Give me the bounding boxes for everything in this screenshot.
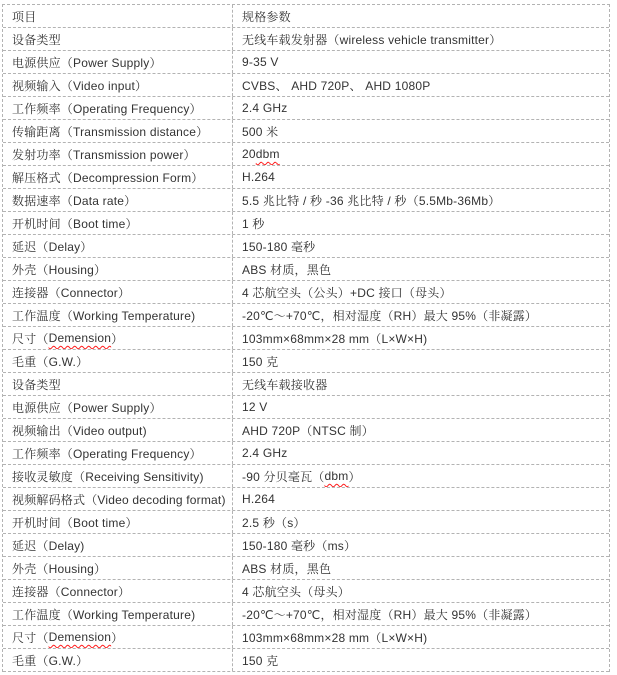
cell-text: ） xyxy=(348,468,360,485)
header-cell-item: 项目 xyxy=(3,5,233,27)
cell-text: ABS 材质，黑色 xyxy=(242,261,331,278)
cell-text: 9-35 V xyxy=(242,55,279,69)
table-row: 设备类型无线车载接收器 xyxy=(3,373,609,396)
cell-text: 工作温度（Working Temperature) xyxy=(12,307,195,324)
item-cell: 外壳（Housing） xyxy=(3,557,233,579)
cell-text: 视频输入（Video input） xyxy=(12,77,147,94)
cell-text: 传输距离（Transmission distance） xyxy=(12,123,208,140)
cell-text: 数据速率（Data rate） xyxy=(12,192,136,209)
cell-text: 开机时间（Boot time） xyxy=(12,514,138,531)
cell-text: 视频解码格式（Video decoding format) xyxy=(12,491,226,508)
cell-text: -20℃～+70℃，相对湿度（RH）最大 95%（非凝露） xyxy=(242,606,537,623)
value-cell: 4 芯航空头（公头）+DC 接口（母头） xyxy=(233,281,609,303)
value-cell: 无线车载接收器 xyxy=(233,373,609,395)
value-cell: CVBS、 AHD 720P、 AHD 1080P xyxy=(233,74,609,96)
cell-text: ） xyxy=(111,629,123,646)
misspelled-text: dbm xyxy=(256,147,280,161)
cell-text: 150-180 毫秒 xyxy=(242,238,315,255)
cell-text: 设备类型 xyxy=(12,376,61,393)
value-cell: 2.4 GHz xyxy=(233,97,609,119)
value-cell: AHD 720P（NTSC 制） xyxy=(233,419,609,441)
cell-text: ） xyxy=(111,330,123,347)
value-cell: 无线车载发射器（wireless vehicle transmitter） xyxy=(233,28,609,50)
value-cell: 20 dbm xyxy=(233,143,609,165)
value-cell: 150 克 xyxy=(233,350,609,372)
table-row: 尺寸（Demension）103mm×68mm×28 mm（L×W×H) xyxy=(3,626,609,649)
cell-text: 150 克 xyxy=(242,652,278,669)
cell-text: AHD 720P（NTSC 制） xyxy=(242,422,374,439)
item-cell: 设备类型 xyxy=(3,28,233,50)
cell-text: 103mm×68mm×28 mm（L×W×H) xyxy=(242,330,427,347)
cell-text: 无线车载接收器 xyxy=(242,376,327,393)
cell-text: 2.4 GHz xyxy=(242,101,287,115)
cell-text: CVBS、 AHD 720P、 AHD 1080P xyxy=(242,77,430,94)
item-cell: 工作温度（Working Temperature) xyxy=(3,304,233,326)
cell-text: 尺寸（ xyxy=(12,629,49,646)
misspelled-text: dbm xyxy=(324,469,348,483)
item-cell: 延迟（Delay） xyxy=(3,235,233,257)
value-cell: 500 米 xyxy=(233,120,609,142)
item-cell: 工作频率（Operating Frequency） xyxy=(3,97,233,119)
cell-text: 150-180 毫秒（ms） xyxy=(242,537,356,554)
value-cell: H.264 xyxy=(233,488,609,510)
value-cell: 103mm×68mm×28 mm（L×W×H) xyxy=(233,626,609,648)
cell-text: -90 分贝毫瓦（ xyxy=(242,468,324,485)
cell-text: 尺寸（ xyxy=(12,330,49,347)
table-row: 数据速率（Data rate）5.5 兆比特 / 秒 -36 兆比特 / 秒（5… xyxy=(3,189,609,212)
value-cell: -90 分贝毫瓦（dbm） xyxy=(233,465,609,487)
item-cell: 开机时间（Boot time） xyxy=(3,212,233,234)
cell-text: -20℃～+70℃，相对湿度（RH）最大 95%（非凝露） xyxy=(242,307,537,324)
cell-text: 电源供应（Power Supply） xyxy=(12,54,162,71)
cell-text: 1 秒 xyxy=(242,215,265,232)
cell-text: 连接器（Connector） xyxy=(12,284,130,301)
misspelled-text: Demension xyxy=(49,331,112,345)
table-row: 发射功率（Transmission power）20 dbm xyxy=(3,143,609,166)
table-row: 传输距离（Transmission distance）500 米 xyxy=(3,120,609,143)
cell-text: 外壳（Housing） xyxy=(12,560,106,577)
value-cell: 150 克 xyxy=(233,649,609,671)
cell-text: 接收灵敏度（Receiving Sensitivity) xyxy=(12,468,204,485)
cell-text: 发射功率（Transmission power） xyxy=(12,146,196,163)
value-cell: 2.5 秒（s） xyxy=(233,511,609,533)
table-row: 视频输出（Video output)AHD 720P（NTSC 制） xyxy=(3,419,609,442)
cell-text: 工作频率（Operating Frequency） xyxy=(12,445,202,462)
table-row: 工作频率（Operating Frequency）2.4 GHz xyxy=(3,442,609,465)
value-cell: 2.4 GHz xyxy=(233,442,609,464)
item-cell: 视频输入（Video input） xyxy=(3,74,233,96)
value-cell: 150-180 毫秒（ms） xyxy=(233,534,609,556)
table-row: 毛重（G.W.）150 克 xyxy=(3,350,609,373)
item-cell: 外壳（Housing） xyxy=(3,258,233,280)
cell-text: 103mm×68mm×28 mm（L×W×H) xyxy=(242,629,427,646)
item-cell: 发射功率（Transmission power） xyxy=(3,143,233,165)
value-cell: ABS 材质，黑色 xyxy=(233,258,609,280)
value-cell: 150-180 毫秒 xyxy=(233,235,609,257)
cell-text: 工作温度（Working Temperature) xyxy=(12,606,195,623)
cell-text: 外壳（Housing） xyxy=(12,261,106,278)
table-row: 视频输入（Video input）CVBS、 AHD 720P、 AHD 108… xyxy=(3,74,609,97)
item-cell: 连接器（Connector） xyxy=(3,281,233,303)
cell-text: 延迟（Delay) xyxy=(12,537,84,554)
misspelled-text: Demension xyxy=(49,630,112,644)
item-cell: 连接器（Connector） xyxy=(3,580,233,602)
item-cell: 尺寸（Demension） xyxy=(3,626,233,648)
value-cell: 103mm×68mm×28 mm（L×W×H) xyxy=(233,327,609,349)
cell-text: 视频输出（Video output) xyxy=(12,422,147,439)
item-cell: 毛重（G.W.） xyxy=(3,649,233,671)
cell-text: 电源供应（Power Supply） xyxy=(12,399,162,416)
table-row: 工作温度（Working Temperature)-20℃～+70℃，相对湿度（… xyxy=(3,304,609,327)
table-header-row: 项目 规格参数 xyxy=(3,5,609,28)
item-cell: 开机时间（Boot time） xyxy=(3,511,233,533)
item-cell: 工作频率（Operating Frequency） xyxy=(3,442,233,464)
cell-text: 20 xyxy=(242,147,256,161)
cell-text: 4 芯航空头（公头）+DC 接口（母头） xyxy=(242,284,452,301)
item-cell: 电源供应（Power Supply） xyxy=(3,51,233,73)
cell-text: 500 米 xyxy=(242,123,278,140)
cell-text: 2.5 秒（s） xyxy=(242,514,306,531)
table-row: 延迟（Delay）150-180 毫秒 xyxy=(3,235,609,258)
cell-text: 毛重（G.W.） xyxy=(12,652,88,669)
spec-table: 项目 规格参数 设备类型无线车载发射器（wireless vehicle tra… xyxy=(2,4,610,672)
header-cell-spec: 规格参数 xyxy=(233,5,609,27)
item-cell: 视频输出（Video output) xyxy=(3,419,233,441)
cell-text: 工作频率（Operating Frequency） xyxy=(12,100,202,117)
table-row: 工作温度（Working Temperature)-20℃～+70℃，相对湿度（… xyxy=(3,603,609,626)
item-cell: 解压格式（Decompression Form） xyxy=(3,166,233,188)
item-cell: 视频解码格式（Video decoding format) xyxy=(3,488,233,510)
cell-text: 5.5 兆比特 / 秒 -36 兆比特 / 秒（5.5Mb-36Mb） xyxy=(242,192,500,209)
cell-text: 毛重（G.W.） xyxy=(12,353,88,370)
table-body: 设备类型无线车载发射器（wireless vehicle transmitter… xyxy=(3,28,609,672)
cell-text: 2.4 GHz xyxy=(242,446,287,460)
item-cell: 工作温度（Working Temperature) xyxy=(3,603,233,625)
item-cell: 传输距离（Transmission distance） xyxy=(3,120,233,142)
table-row: 开机时间（Boot time）2.5 秒（s） xyxy=(3,511,609,534)
value-cell: ABS 材质，黑色 xyxy=(233,557,609,579)
cell-text: 4 芯航空头（母头） xyxy=(242,583,350,600)
cell-text: H.264 xyxy=(242,170,275,184)
value-cell: H.264 xyxy=(233,166,609,188)
cell-text: 150 克 xyxy=(242,353,278,370)
table-row: 延迟（Delay)150-180 毫秒（ms） xyxy=(3,534,609,557)
cell-text: 12 V xyxy=(242,400,268,414)
table-row: 解压格式（Decompression Form）H.264 xyxy=(3,166,609,189)
value-cell: 5.5 兆比特 / 秒 -36 兆比特 / 秒（5.5Mb-36Mb） xyxy=(233,189,609,211)
cell-text: 无线车载发射器（wireless vehicle transmitter） xyxy=(242,31,501,48)
table-row: 设备类型无线车载发射器（wireless vehicle transmitter… xyxy=(3,28,609,51)
cell-text: 设备类型 xyxy=(12,31,61,48)
table-row: 视频解码格式（Video decoding format)H.264 xyxy=(3,488,609,511)
item-cell: 数据速率（Data rate） xyxy=(3,189,233,211)
table-row: 开机时间（Boot time）1 秒 xyxy=(3,212,609,235)
item-cell: 延迟（Delay) xyxy=(3,534,233,556)
value-cell: 9-35 V xyxy=(233,51,609,73)
cell-text: ABS 材质，黑色 xyxy=(242,560,331,577)
cell-text: 开机时间（Boot time） xyxy=(12,215,138,232)
value-cell: -20℃～+70℃，相对湿度（RH）最大 95%（非凝露） xyxy=(233,304,609,326)
table-row: 工作频率（Operating Frequency）2.4 GHz xyxy=(3,97,609,120)
value-cell: -20℃～+70℃，相对湿度（RH）最大 95%（非凝露） xyxy=(233,603,609,625)
table-row: 外壳（Housing）ABS 材质，黑色 xyxy=(3,557,609,580)
cell-text: 延迟（Delay） xyxy=(12,238,92,255)
cell-text: 解压格式（Decompression Form） xyxy=(12,169,204,186)
cell-text: H.264 xyxy=(242,492,275,506)
table-row: 尺寸（Demension）103mm×68mm×28 mm（L×W×H) xyxy=(3,327,609,350)
item-cell: 接收灵敏度（Receiving Sensitivity) xyxy=(3,465,233,487)
value-cell: 4 芯航空头（母头） xyxy=(233,580,609,602)
table-row: 毛重（G.W.）150 克 xyxy=(3,649,609,672)
item-cell: 尺寸（Demension） xyxy=(3,327,233,349)
table-row: 接收灵敏度（Receiving Sensitivity)-90 分贝毫瓦（dbm… xyxy=(3,465,609,488)
table-row: 连接器（Connector）4 芯航空头（公头）+DC 接口（母头） xyxy=(3,281,609,304)
table-row: 电源供应（Power Supply）9-35 V xyxy=(3,51,609,74)
cell-text: 连接器（Connector） xyxy=(12,583,130,600)
item-cell: 毛重（G.W.） xyxy=(3,350,233,372)
table-row: 连接器（Connector）4 芯航空头（母头） xyxy=(3,580,609,603)
table-row: 外壳（Housing）ABS 材质，黑色 xyxy=(3,258,609,281)
item-cell: 电源供应（Power Supply） xyxy=(3,396,233,418)
item-cell: 设备类型 xyxy=(3,373,233,395)
value-cell: 1 秒 xyxy=(233,212,609,234)
table-row: 电源供应（Power Supply）12 V xyxy=(3,396,609,419)
value-cell: 12 V xyxy=(233,396,609,418)
